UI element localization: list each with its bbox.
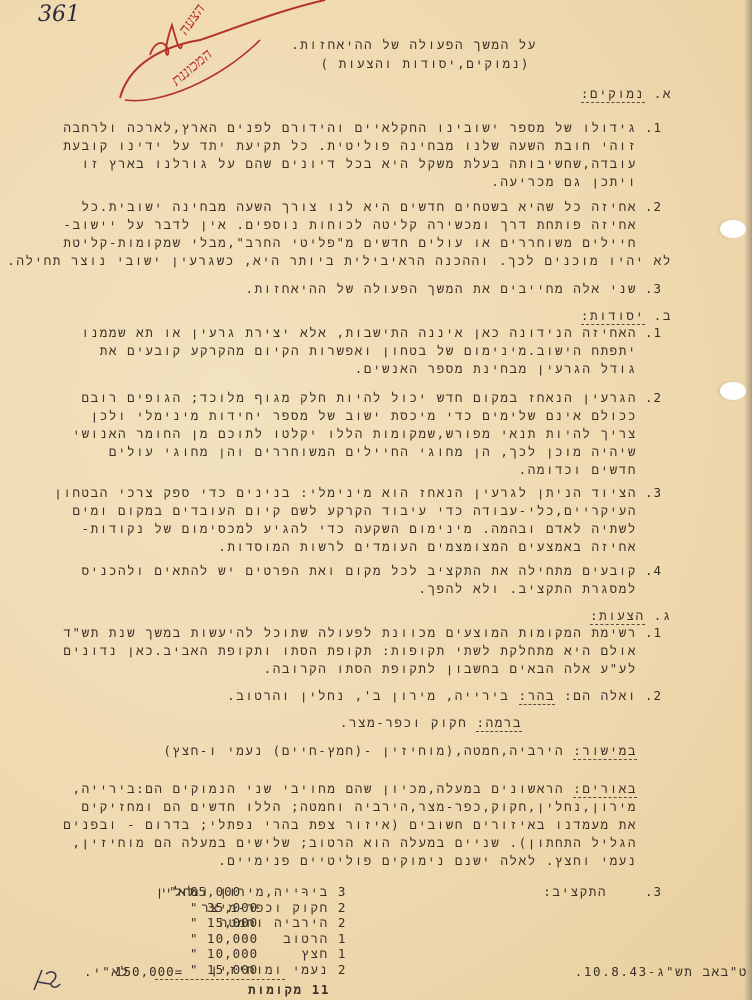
item-number: .2 xyxy=(645,390,662,405)
paragraph-line: רשימת המקומות המוצעים מכוונת לפעולה שתוכ… xyxy=(63,625,637,641)
budget-row-unit: לא"י xyxy=(160,884,196,900)
paragraph-line: צריך להיות תנאי מפורש,שמקומות הללו יקלטו… xyxy=(72,426,637,442)
document-title: על המשך הפעולה של ההיאחזות. xyxy=(291,37,537,53)
paragraph-line: יתפתח הישוב.מינימום של בטחון ואפשרות הקי… xyxy=(100,343,637,359)
section-b-heading: ב. יסודות: xyxy=(581,308,672,324)
paragraph-line: אחיזה פותחת דרך ומכשירה קליטה לכוחות נוס… xyxy=(63,217,637,233)
item-number: .2 xyxy=(645,688,662,703)
paragraph-line: זוהי חובת השעה שלנו מבחינה פוליטית. כל ת… xyxy=(63,138,637,154)
budget-row-places: 1 חצץ xyxy=(301,946,347,962)
budget-row-amount: " 10,000 xyxy=(190,931,258,946)
archive-number: 361 xyxy=(38,2,80,27)
document-subtitle: (נמוקים,יסודות והצעות ) xyxy=(321,56,530,72)
budget-row-places: 1 הרטוב xyxy=(283,931,347,947)
paragraph-line: אולם היא מתחלקת לשתי תקופות: תקופת הסתו … xyxy=(63,643,637,659)
budget-row-amount: 65,000 xyxy=(190,884,241,899)
paragraph-line: למסגרת התקציב. ולא להפך. xyxy=(418,581,637,597)
explanation-line: את מעמדנו באיזורים חשובים (איזור צפת בהר… xyxy=(63,817,637,833)
paragraph-line: האחיזה הנידונה כאן איננה התישבות, אלא יצ… xyxy=(82,325,637,341)
section-c-heading: ג. הצעות: xyxy=(590,608,672,624)
document-page: 361 הצעה המכוננת על המשך הפעולה של ההיאח… xyxy=(0,0,752,1000)
paragraph-line: ככולם אינם שלימים כדי מיכסת ישוב של מספר… xyxy=(91,408,637,424)
item-number: .3 xyxy=(645,884,662,899)
paragraph-line: עובדה,שחשיבותה בעלת משקל היא בכל דיונים … xyxy=(82,156,637,172)
paragraph-line: ויתכן גם מכריעה. xyxy=(491,174,637,190)
paragraph-line: העיקריים,כלי-עבודה כדי עיבוד הקרקע לשם ק… xyxy=(72,503,637,519)
paragraph-line: אחיזה כל שהיא בשטחים חדשים היא לנו צורך … xyxy=(82,199,637,215)
punch-hole xyxy=(720,220,746,238)
paragraph-line: לע"ע אלה הבאים בחשבון לתקופת הסתו הקרובה… xyxy=(264,661,637,677)
item-number: .1 xyxy=(645,625,662,640)
section-a-heading: א. נמוקים: xyxy=(581,86,672,102)
item-number: .3 xyxy=(645,281,662,296)
budget-row-amount: " 15,000 xyxy=(190,962,258,977)
paragraph-line: שיהיה מוכן לכך, הן מחוגי החיילים המשוחרר… xyxy=(109,444,637,460)
explanation-line: נעמי וחצץ. לאלה ישנם נימוקים פוליטיים פנ… xyxy=(218,853,637,869)
punch-hole xyxy=(720,382,746,400)
paragraph-line: קובעים מתחילה את התקציב לכל מקום ואת הפר… xyxy=(82,563,637,579)
paragraph-line: גידולו של מספר ישובינו החקלאיים והידורם … xyxy=(63,120,637,136)
page-edge-shadow xyxy=(744,0,752,1000)
signature-initials-icon xyxy=(30,962,64,996)
regions-plateau-line: ברמה: חקוק וכפר-מצר. xyxy=(340,715,522,731)
regions-plain-line: במישור: הירביה,חמטה,(מוחיזין -(חמץ-חיים)… xyxy=(163,743,637,759)
paragraph-line: חיילים משוחררים או עולים חדשים מ"פליטי ה… xyxy=(63,235,637,251)
paragraph-line: לא יהיו מוכנים לכך. וההכנה הראיבילית ביו… xyxy=(7,253,672,269)
total-underline xyxy=(155,979,285,980)
budget-row-dash: - xyxy=(300,884,309,899)
budget-total-count: 11 מקומות xyxy=(248,982,330,998)
regions-hills-line: ואלה הם: בהר: בירייה, מירון ב', נחלין וה… xyxy=(227,688,637,704)
date-line: ט"באב תש"ג-10.8.43. xyxy=(575,964,748,980)
budget-label: התקציב: xyxy=(543,884,607,900)
item-number: .2 xyxy=(645,199,662,214)
paragraph-line: אחיזה באמצעים המצומצמים העומדים לרשות המ… xyxy=(218,539,637,555)
paragraph-line: לשתיה לאדם ובהמה. מינימום השקעה כדי להגי… xyxy=(82,521,637,537)
paragraph-line: חדשים וכדומה. xyxy=(519,462,637,478)
explanation-line: הגליל התחתון). שניים במעלה הוא הרטוב; של… xyxy=(72,835,637,851)
paragraph-line: הגרעין הנאחז במקום חדש יכול להיות חלק מג… xyxy=(82,390,637,406)
budget-row-amount: " 35,000 xyxy=(190,900,258,915)
explanation-line: מירון,נחלין,חקוק,כפר-מצר,הירביה וחמטה; ה… xyxy=(82,799,637,815)
item-number: .1 xyxy=(645,120,662,135)
budget-total-unit: לא"י. xyxy=(84,964,130,980)
explanation-line: באורים: הראשונים במעלה,מכיון שהם מחויבי … xyxy=(72,781,637,797)
red-handwritten-annotation-icon xyxy=(110,0,340,110)
budget-row-amount: " 10,000 xyxy=(190,946,258,961)
item-number: .3 xyxy=(645,485,662,500)
paragraph-line: הציוד הניתן לגרעין הנאחז הוא מינימלי: בנ… xyxy=(54,485,637,501)
item-number: .4 xyxy=(645,563,662,578)
paragraph-line: שני אלה מחייבים את המשך הפעולה של ההיאחז… xyxy=(245,281,637,297)
budget-row-amount: " 15,000 xyxy=(190,915,258,930)
paragraph-line: גודל הגרעין מבחינת מספר האנשים. xyxy=(355,361,637,377)
item-number: .1 xyxy=(645,325,662,340)
